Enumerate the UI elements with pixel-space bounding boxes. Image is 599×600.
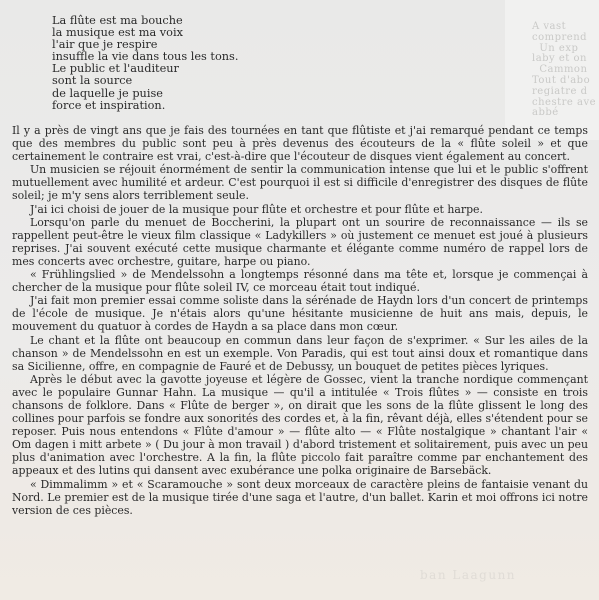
poem-line: force et inspiration. [52, 100, 238, 112]
paragraph: Un musicien se réjouit énormément de sen… [12, 163, 588, 202]
paragraph: Le chant et la flûte ont beaucoup en com… [12, 334, 588, 373]
liner-notes-body: Il y a près de vingt ans que je fais des… [12, 124, 588, 517]
paragraph: J'ai ici choisi de jouer de la musique p… [12, 203, 588, 216]
bleed-through-text-bottom: ban Laagunn [420, 568, 516, 582]
paragraph: « Frühlingslied » de Mendelssohn a longt… [12, 268, 588, 294]
paragraph: Après le début avec la gavotte joyeuse e… [12, 373, 588, 478]
poem-line: sont la source [52, 75, 238, 87]
paragraph: Il y a près de vingt ans que je fais des… [12, 124, 588, 163]
poem-line: de laquelle je puise [52, 88, 238, 100]
paragraph: J'ai fait mon premier essai comme solist… [12, 294, 588, 333]
paragraph: Lorsqu'on parle du menuet de Boccherini,… [12, 216, 588, 268]
paragraph: « Dimmalimm » et « Scaramouche » sont de… [12, 478, 588, 517]
bleed-through-text-right: A vast comprend Un exp laby et on Cammon… [532, 22, 599, 119]
epigraph-poem: La flûte est ma bouche la musique est ma… [52, 15, 238, 112]
